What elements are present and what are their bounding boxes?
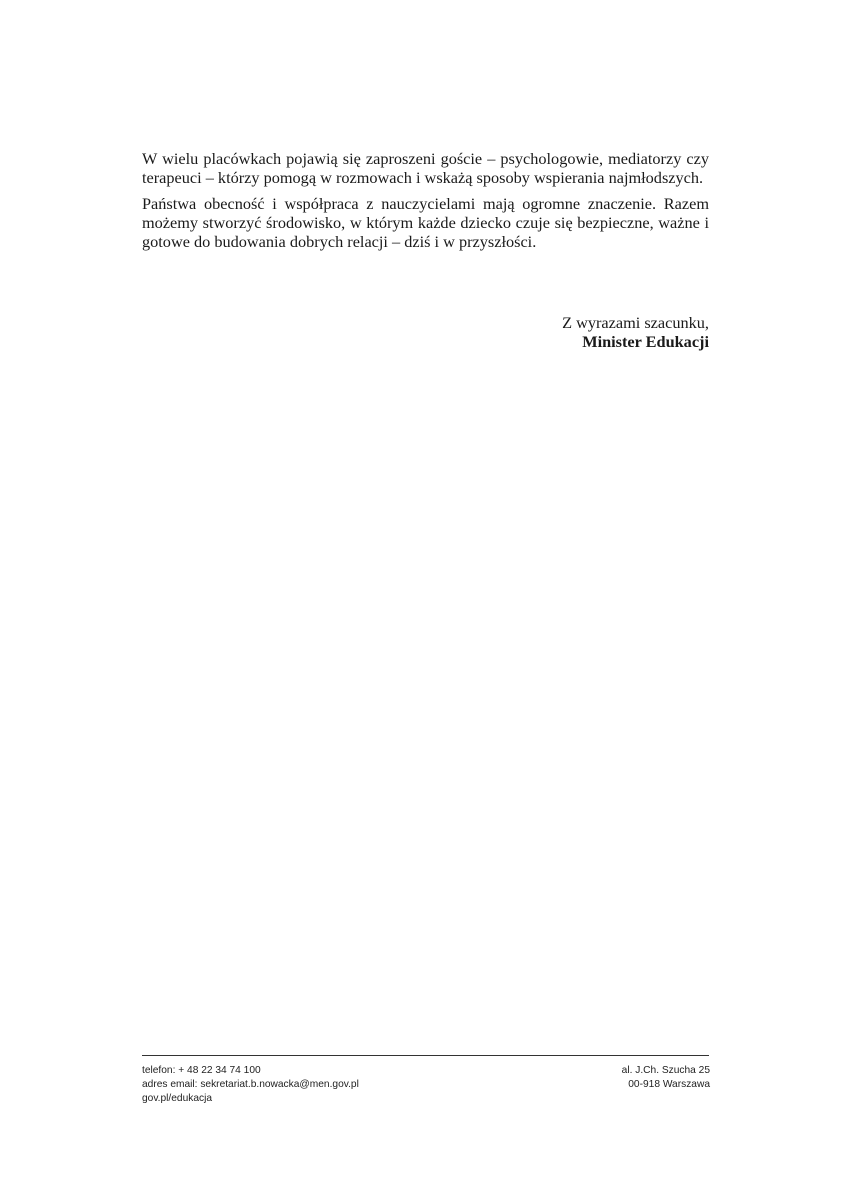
- footer-phone: telefon: + 48 22 34 74 100: [142, 1064, 359, 1078]
- footer-address-street: al. J.Ch. Szucha 25: [622, 1064, 710, 1078]
- footer-website[interactable]: gov.pl/edukacja: [142, 1092, 359, 1106]
- signature: Minister Edukacji: [562, 332, 709, 351]
- footer-divider: [142, 1055, 709, 1056]
- letter-body: W wielu placówkach pojawią się zaproszen…: [142, 149, 709, 257]
- letter-page: W wielu placówkach pojawią się zaproszen…: [0, 0, 849, 1200]
- paragraph-cooperation: Państwa obecność i współpraca z nauczyci…: [142, 194, 709, 252]
- closing-block: Z wyrazami szacunku, Minister Edukacji: [562, 313, 709, 352]
- footer-address: al. J.Ch. Szucha 25 00-918 Warszawa: [622, 1064, 710, 1092]
- footer-address-city: 00-918 Warszawa: [622, 1078, 710, 1092]
- closing-phrase: Z wyrazami szacunku,: [562, 313, 709, 332]
- footer-contact: telefon: + 48 22 34 74 100 adres email: …: [142, 1064, 359, 1106]
- paragraph-guests: W wielu placówkach pojawią się zaproszen…: [142, 149, 709, 188]
- footer-email[interactable]: adres email: sekretariat.b.nowacka@men.g…: [142, 1078, 359, 1092]
